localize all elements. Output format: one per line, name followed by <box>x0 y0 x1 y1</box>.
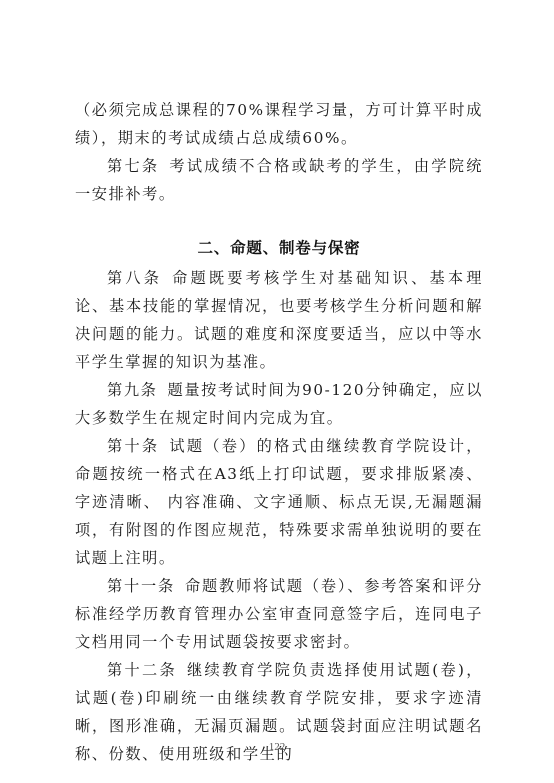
article-number: 第八条 <box>107 269 162 287</box>
page-body: （必须完成总课程的70%课程学习量，方可计算平时成绩），期末的考试成绩占总成绩6… <box>75 96 483 768</box>
article-number: 第九条 <box>107 381 158 399</box>
article-number: 第十二条 <box>107 661 177 679</box>
page-number: 122 <box>0 741 554 753</box>
section-heading: 二、命题、制卷与保密 <box>75 234 483 262</box>
article-number: 第七条 <box>107 157 159 175</box>
article-number: 第十一条 <box>107 577 175 595</box>
paragraph-article-10: 第十条试题（卷）的格式由继续教育学院设计，命题按统一格式在A3纸上打印试题，要求… <box>75 432 483 572</box>
document-page: （必须完成总课程的70%课程学习量，方可计算平时成绩），期末的考试成绩占总成绩6… <box>0 0 554 783</box>
paragraph-article-11: 第十一条命题教师将试题（卷）、参考答案和评分标准经学历教育管理办公室审查同意签字… <box>75 572 483 656</box>
paragraph-text: 试题（卷）的格式由继续教育学院设计，命题按统一格式在A3纸上打印试题，要求排版紧… <box>75 437 483 567</box>
article-number: 第十条 <box>107 437 159 455</box>
section-spacer <box>75 208 483 234</box>
paragraph-article-7: 第七条考试成绩不合格或缺考的学生，由学院统一安排补考。 <box>75 152 483 208</box>
paragraph-article-8: 第八条命题既要考核学生对基础知识、基本理论、基本技能的掌握情况，也要考核学生分析… <box>75 264 483 376</box>
paragraph-article-9: 第九条题量按考试时间为90-120分钟确定，应以大多数学生在规定时间内完成为宜。 <box>75 376 483 432</box>
paragraph-text: （必须完成总课程的70%课程学习量，方可计算平时成绩），期末的考试成绩占总成绩6… <box>75 101 483 147</box>
paragraph-continuation: （必须完成总课程的70%课程学习量，方可计算平时成绩），期末的考试成绩占总成绩6… <box>75 96 483 152</box>
